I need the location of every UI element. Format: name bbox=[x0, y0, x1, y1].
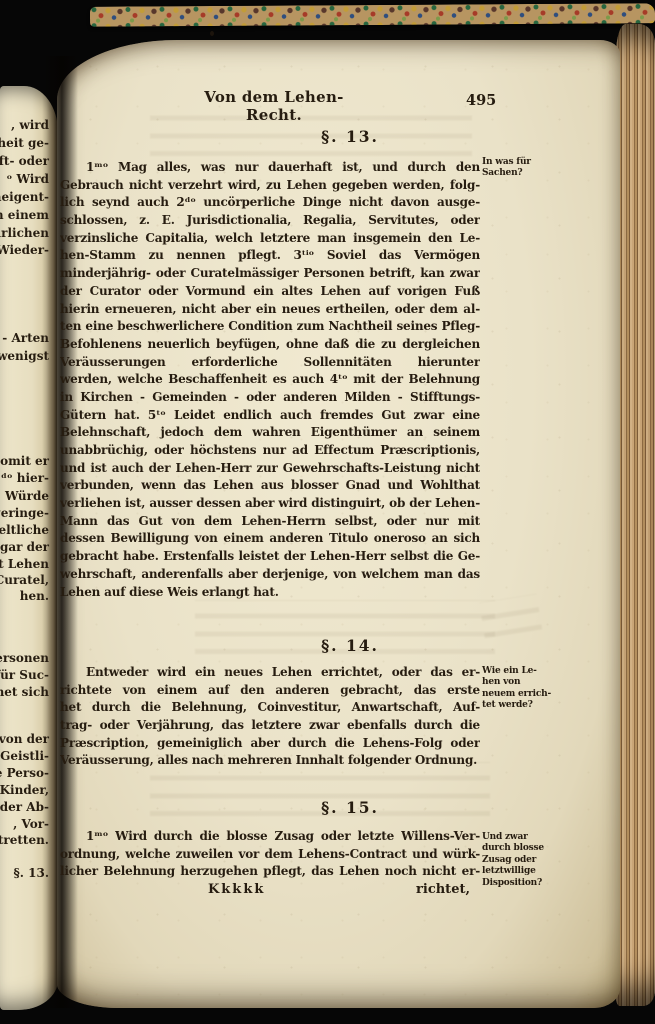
facing-fragment: ᵒ Wird bbox=[7, 172, 49, 186]
body-line: licher Belehnung herzugehen pflegt, das … bbox=[60, 863, 480, 881]
body-line: der Curator oder Vormund ein altes Lehen… bbox=[60, 283, 480, 301]
book-top-marbled-edge bbox=[90, 3, 655, 26]
body-line: in Kirchen - Gemeinden - oder anderen Mi… bbox=[60, 389, 480, 407]
facing-fragment: oder Ab- bbox=[0, 800, 49, 814]
running-header-title: Von dem Lehen-Recht. bbox=[178, 88, 370, 124]
facing-fragment: wenigst bbox=[0, 349, 49, 363]
facing-fragment: Wieder- bbox=[0, 243, 49, 257]
body-line: richtete von einem auf den anderen gebra… bbox=[60, 682, 480, 700]
body-line: Veräusserungen erforderliche Sollennität… bbox=[60, 354, 480, 372]
body-line: hen-Stamm zu nennen pflegt. 3ᵗⁱᵒ Soviel … bbox=[60, 247, 480, 265]
facing-fragment: ürlichen bbox=[0, 226, 49, 240]
body-line: Veräusserung, alles nach mehreren Innhal… bbox=[60, 752, 480, 770]
body-line: schlossen, z. E. Jurisdictionalia, Regal… bbox=[60, 212, 480, 230]
facing-page-text-fragments: , wirdheit ge-uft- oderᵒ Wirdneigent-n e… bbox=[0, 0, 52, 1024]
facing-fragment: §. 13. bbox=[13, 866, 49, 880]
facing-fragment: n einem bbox=[0, 208, 49, 222]
facing-fragment: Curatel, bbox=[0, 573, 49, 587]
facing-fragment: hen. bbox=[20, 589, 49, 603]
margin-note-line: letztwillige bbox=[482, 866, 562, 877]
body-line: Præscription, gemeiniglich aber durch di… bbox=[60, 735, 480, 753]
facing-fragment: , wird bbox=[11, 118, 49, 132]
facing-fragment: von der bbox=[0, 732, 49, 746]
section-13-paragraph: 1ᵐᵒ Mag alles, was nur dauerhaft ist, un… bbox=[60, 159, 480, 601]
facing-fragment: omit er bbox=[0, 454, 49, 468]
book-scan-photo: , wirdheit ge-uft- oderᵒ Wirdneigent-n e… bbox=[0, 0, 655, 1024]
body-line: ten eine beschwerlichere Condition zum N… bbox=[60, 318, 480, 336]
body-line: lich seynd auch 2ᵈᵒ uncörperliche Dinge … bbox=[60, 194, 480, 212]
body-line: Mann das Gut von dem Lehen-Herrn selbst,… bbox=[60, 513, 480, 531]
section-15-paragraph: 1ᵐᵒ Wird durch die blosse Zusag oder let… bbox=[60, 828, 480, 881]
facing-fragment: ᵈᵒ hier- bbox=[1, 471, 49, 485]
body-line: 1ᵐᵒ Mag alles, was nur dauerhaft ist, un… bbox=[60, 159, 480, 177]
margin-note-line: Zusag oder bbox=[482, 855, 562, 866]
body-line: Befohlenens neuerlich beyfügen, ohne daß… bbox=[60, 336, 480, 354]
body-line: dessen Bewilligung von einem anderen Tit… bbox=[60, 530, 480, 548]
facing-fragment: t Lehen bbox=[0, 557, 49, 571]
catchword: richtet, bbox=[416, 882, 470, 897]
body-line: verliehen ist, ausser dessen aber wird d… bbox=[60, 495, 480, 513]
margin-note-line: In was für bbox=[482, 157, 562, 168]
body-line: verbunden, wenn das Lehen aus blosser Gn… bbox=[60, 477, 480, 495]
section-heading-14: §. 14. bbox=[298, 636, 402, 655]
body-line: Entweder wird ein neues Lehen errichtet,… bbox=[60, 664, 480, 682]
facing-fragment: neigent- bbox=[0, 190, 49, 204]
margin-note-line: neuem errich- bbox=[482, 689, 562, 700]
facing-fragment: ogar der bbox=[0, 540, 49, 554]
body-line: Gebrauch nicht verzehrt wird, zu Lehen g… bbox=[60, 177, 480, 195]
margin-note-line: Sachen? bbox=[482, 168, 562, 179]
facing-fragment: für Suc- bbox=[0, 668, 49, 682]
body-line: Gütern hat. 5ᵗᵒ Leidet endlich auch frem… bbox=[60, 407, 480, 425]
margin-note-line: hen von bbox=[482, 677, 562, 688]
body-line: Lehen auf diese Weis erlangt hat. bbox=[60, 584, 480, 602]
signature-mark: Kkkkk bbox=[208, 882, 265, 897]
body-line: 1ᵐᵒ Wird durch die blosse Zusag oder let… bbox=[60, 828, 480, 846]
margin-note-14: Wie ein Le-hen vonneuem errich-tet werde… bbox=[482, 666, 562, 712]
facing-fragment: heit ge- bbox=[0, 136, 49, 150]
margin-note-line: Disposition? bbox=[482, 878, 562, 889]
margin-note-line: durch blosse bbox=[482, 843, 562, 854]
facing-fragment: geringe- bbox=[0, 506, 49, 520]
body-line: ordnung, welche zuweilen vor dem Lehens-… bbox=[60, 846, 480, 864]
facing-fragment: tehet sich bbox=[0, 685, 49, 699]
facing-fragment: Würde bbox=[5, 489, 49, 503]
body-line: wehrschaft, anderenfalls aber derjenige,… bbox=[60, 566, 480, 584]
body-line: unabbrüchig, oder höchstens nur ad Effec… bbox=[60, 442, 480, 460]
section-heading-15: §. 15. bbox=[298, 798, 402, 817]
body-line: Belehnschaft, jedoch dem wahren Eigenthü… bbox=[60, 424, 480, 442]
facing-fragment: Beltliche bbox=[0, 523, 49, 537]
body-line: gebracht habe. Erstenfalls leistet der L… bbox=[60, 548, 480, 566]
margin-note-line: Wie ein Le- bbox=[482, 666, 562, 677]
page-number: 495 bbox=[466, 92, 500, 109]
section-14-paragraph: Entweder wird ein neues Lehen errichtet,… bbox=[60, 664, 480, 770]
facing-fragment: , Vor- bbox=[13, 817, 49, 831]
facing-fragment: - Arten bbox=[2, 331, 49, 345]
facing-fragment: uft- oder bbox=[0, 154, 49, 168]
margin-note-15: Und zwardurch blosseZusag oderletztwilli… bbox=[482, 832, 562, 889]
body-line: minderjährig- oder Curatelmässiger Perso… bbox=[60, 265, 480, 283]
margin-note-line: tet werde? bbox=[482, 700, 562, 711]
margin-note-13: In was fürSachen? bbox=[482, 157, 562, 180]
ink-speck bbox=[210, 31, 214, 36]
margin-note-line: Und zwar bbox=[482, 832, 562, 843]
section-heading-13: §. 13. bbox=[298, 127, 402, 146]
body-line: hierin erneueren, nicht aber ein neues e… bbox=[60, 301, 480, 319]
facing-fragment: Kinder, bbox=[0, 783, 49, 797]
signature-row: Kkkkk richtet, bbox=[60, 882, 480, 900]
fore-edge-page-stack bbox=[616, 24, 655, 1006]
body-line: und ist auch der Lehen-Herr zur Gewehrsc… bbox=[60, 460, 480, 478]
facing-fragment: Personen bbox=[0, 651, 49, 665]
body-line: verzinsliche Capitalia, welch letztere m… bbox=[60, 230, 480, 248]
body-line: trag- oder Verjährung, das letztere zwar… bbox=[60, 717, 480, 735]
facing-fragment: e Perso- bbox=[0, 766, 49, 780]
body-line: werden, welche Beschaffenheit es auch 4ᵗ… bbox=[60, 371, 480, 389]
facing-fragment: Geistli- bbox=[0, 749, 49, 763]
body-line: het durch die Belehnung, Coinvestitur, A… bbox=[60, 699, 480, 717]
facing-fragment: ertretten. bbox=[0, 833, 49, 847]
